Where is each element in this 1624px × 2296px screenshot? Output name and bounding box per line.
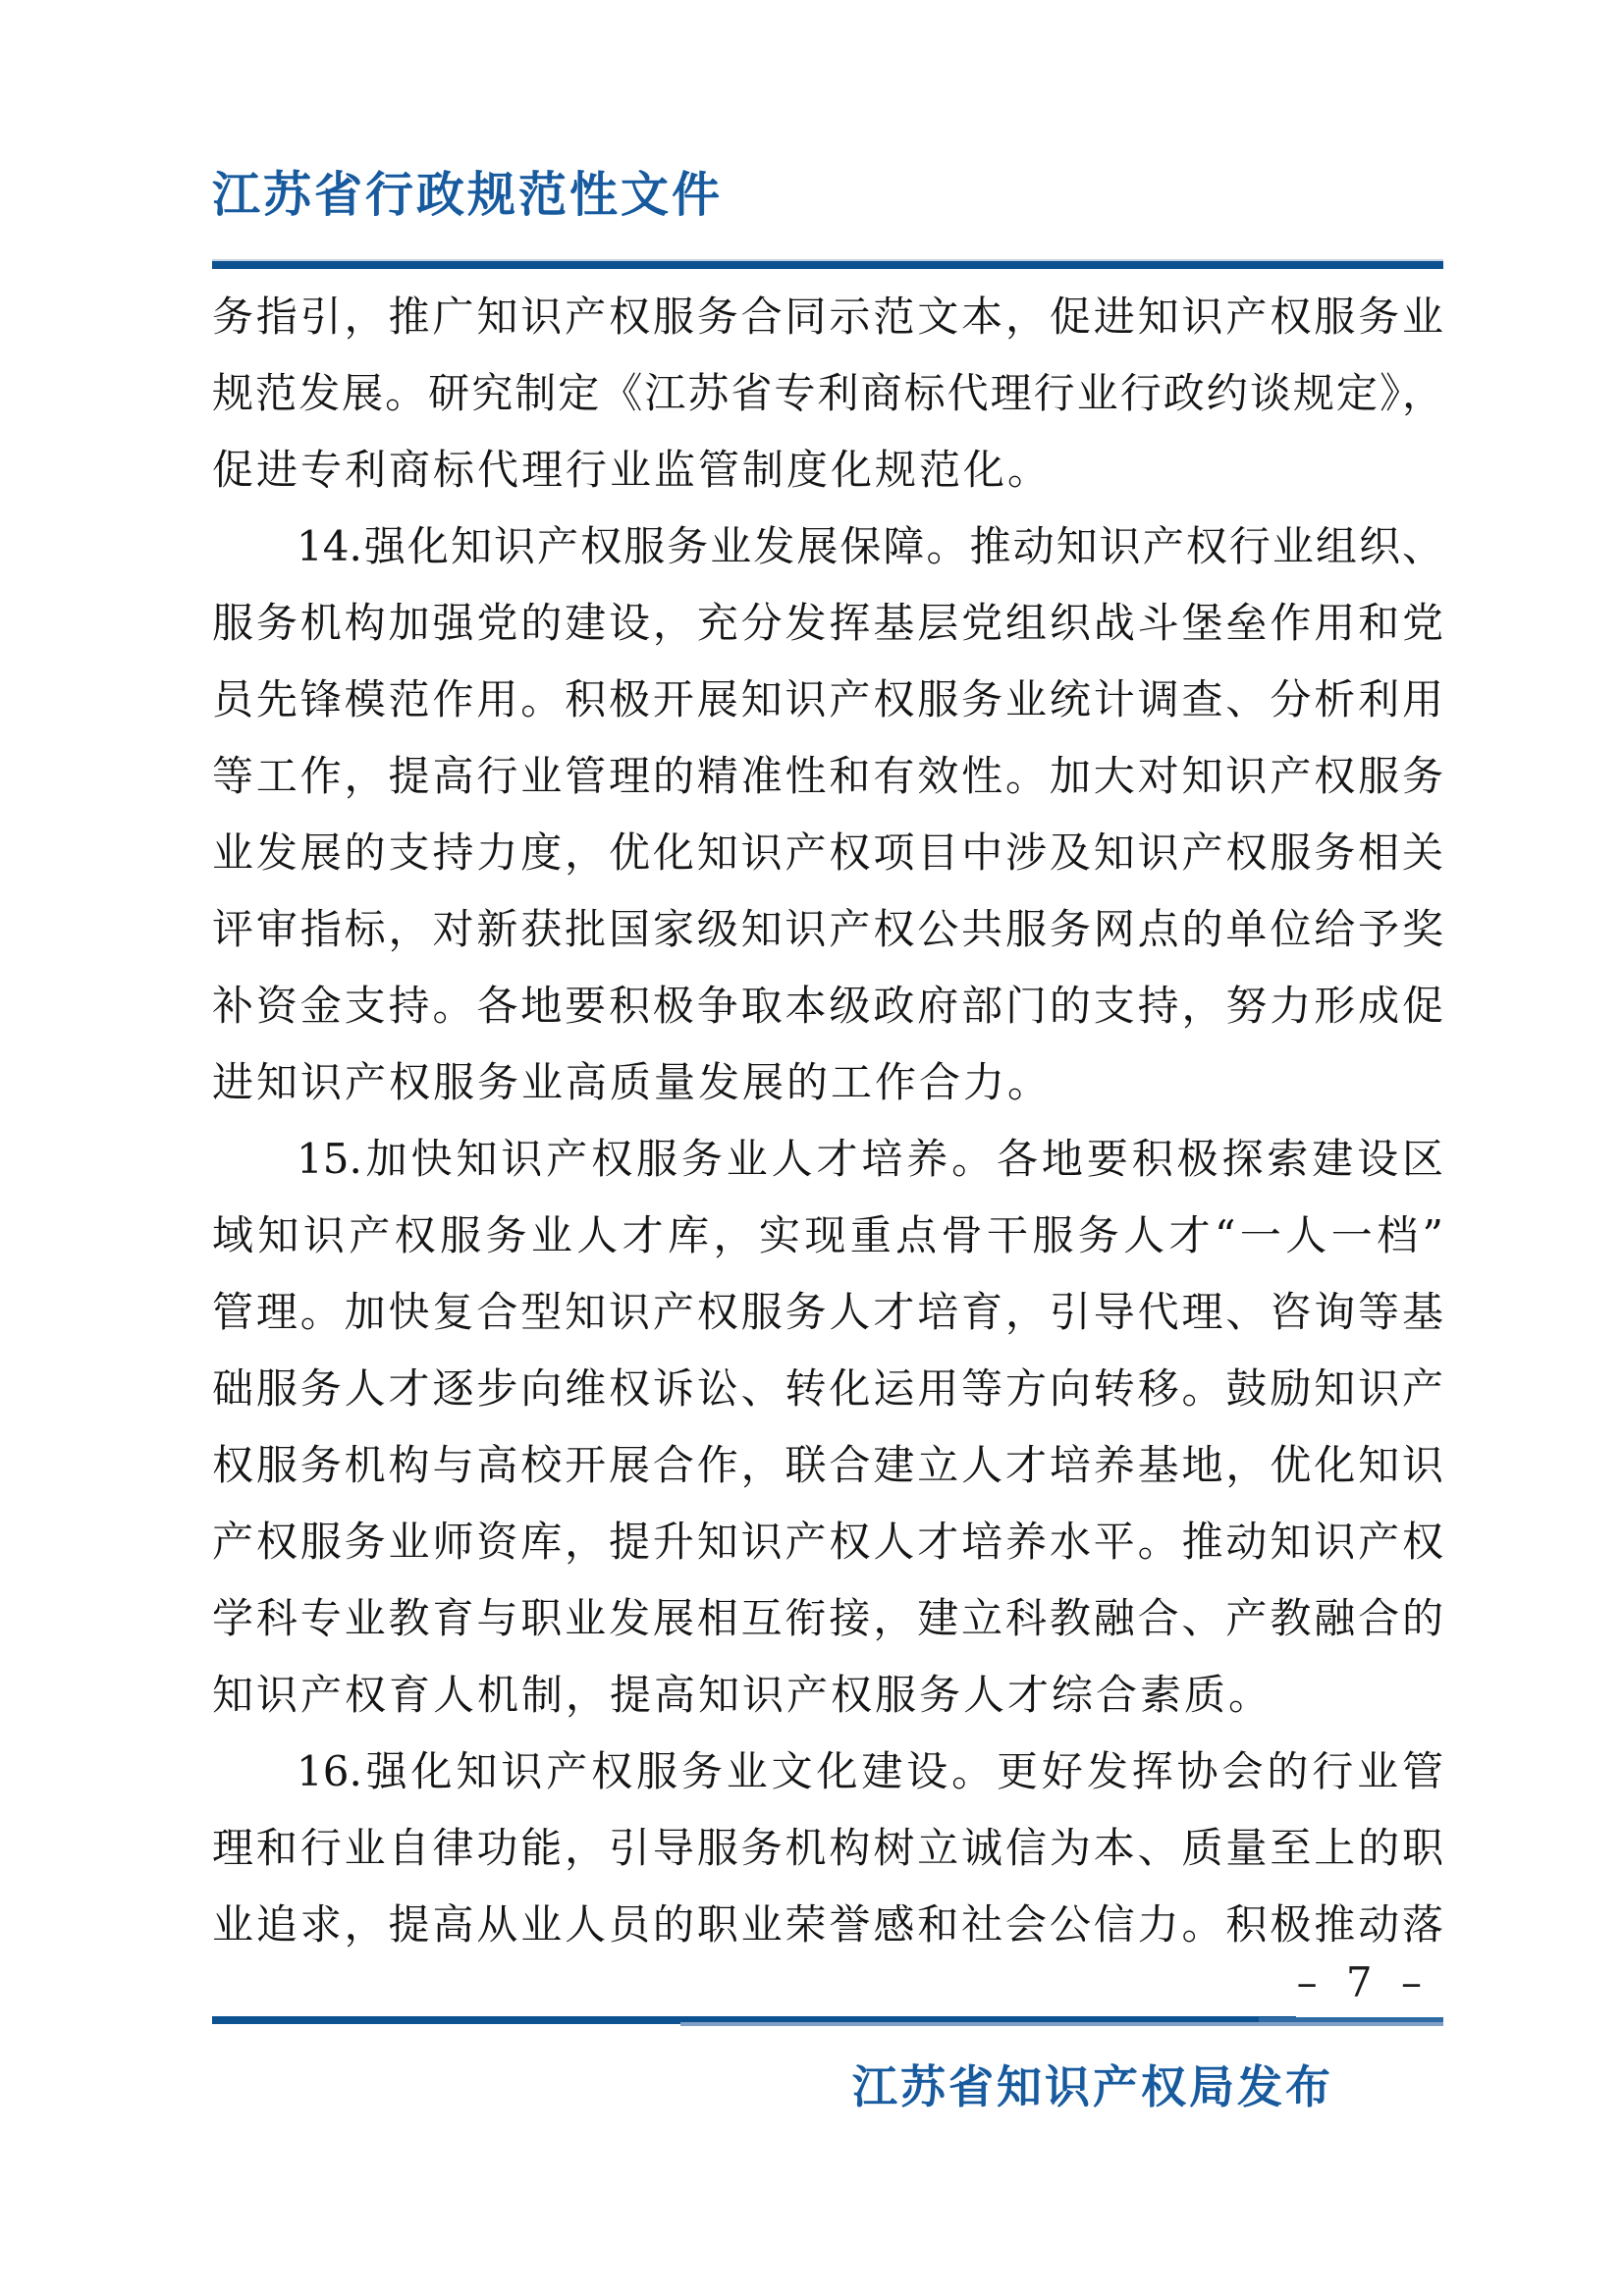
body-line: 产权服务业师资库，提升知识产权人才培养水平。推动知识产权: [212, 1504, 1443, 1580]
body-line: 务指引，推广知识产权服务合同示范文本，促进知识产权服务业: [212, 279, 1443, 355]
body-line: 服务机构加强党的建设，充分发挥基层党组织战斗堡垒作用和党: [212, 585, 1443, 662]
body-line: 管理。加快复合型知识产权服务人才培育，引导代理、咨询等基: [212, 1274, 1443, 1351]
body-line: 进知识产权服务业高质量发展的工作合力。: [212, 1044, 1443, 1121]
footer-rule: [212, 2016, 1443, 2027]
body-line: 业发展的支持力度，优化知识产权项目中涉及知识产权服务相关: [212, 815, 1443, 891]
body-line: 15.加快知识产权服务业人才培养。各地要积极探索建设区: [212, 1121, 1443, 1198]
body-line: 补资金支持。各地要积极争取本级政府部门的支持，努力形成促: [212, 968, 1443, 1044]
body-line: 员先锋模范作用。积极开展知识产权服务业统计调查、分析利用: [212, 662, 1443, 738]
body-line: 等工作，提高行业管理的精准性和有效性。加大对知识产权服务: [212, 738, 1443, 815]
body-line: 础服务人才逐步向维权诉讼、转化运用等方向转移。鼓励知识产: [212, 1351, 1443, 1427]
header-rule: [212, 259, 1443, 269]
document-body: 务指引，推广知识产权服务合同示范文本，促进知识产权服务业 规范发展。研究制定《江…: [212, 279, 1443, 1963]
body-line: 14.强化知识产权服务业发展保障。推动知识产权行业组织、: [212, 508, 1443, 585]
body-line: 知识产权育人机制，提高知识产权服务人才综合素质。: [212, 1657, 1443, 1734]
header-rule-bar: [212, 261, 1443, 269]
body-line: 权服务机构与高校开展合作，联合建立人才培养基地，优化知识: [212, 1427, 1443, 1504]
page-number: – 7 –: [212, 1959, 1443, 2006]
body-line: 业追求，提高从业人员的职业荣誉感和社会公信力。积极推动落: [212, 1887, 1443, 1963]
document-type-title: 江苏省行政规范性文件: [212, 165, 723, 224]
body-line: 规范发展。研究制定《江苏省专利商标代理行业行政约谈规定》，: [212, 355, 1443, 432]
footer-rule-highlight: [680, 2022, 1443, 2026]
publisher-label: 江苏省知识产权局发布: [212, 2061, 1443, 2112]
body-line: 学科专业教育与职业发展相互衔接，建立科教融合、产教融合的: [212, 1580, 1443, 1657]
body-line: 16.强化知识产权服务业文化建设。更好发挥协会的行业管: [212, 1734, 1443, 1810]
document-page: 江苏省行政规范性文件 务指引，推广知识产权服务合同示范文本，促进知识产权服务业 …: [0, 0, 1624, 2296]
body-line: 理和行业自律功能，引导服务机构树立诚信为本、质量至上的职: [212, 1810, 1443, 1887]
body-line: 促进专利商标代理行业监管制度化规范化。: [212, 432, 1443, 508]
body-line: 评审指标，对新获批国家级知识产权公共服务网点的单位给予奖: [212, 891, 1443, 968]
body-line: 域知识产权服务业人才库，实现重点骨干服务人才“一人一档”: [212, 1198, 1443, 1274]
